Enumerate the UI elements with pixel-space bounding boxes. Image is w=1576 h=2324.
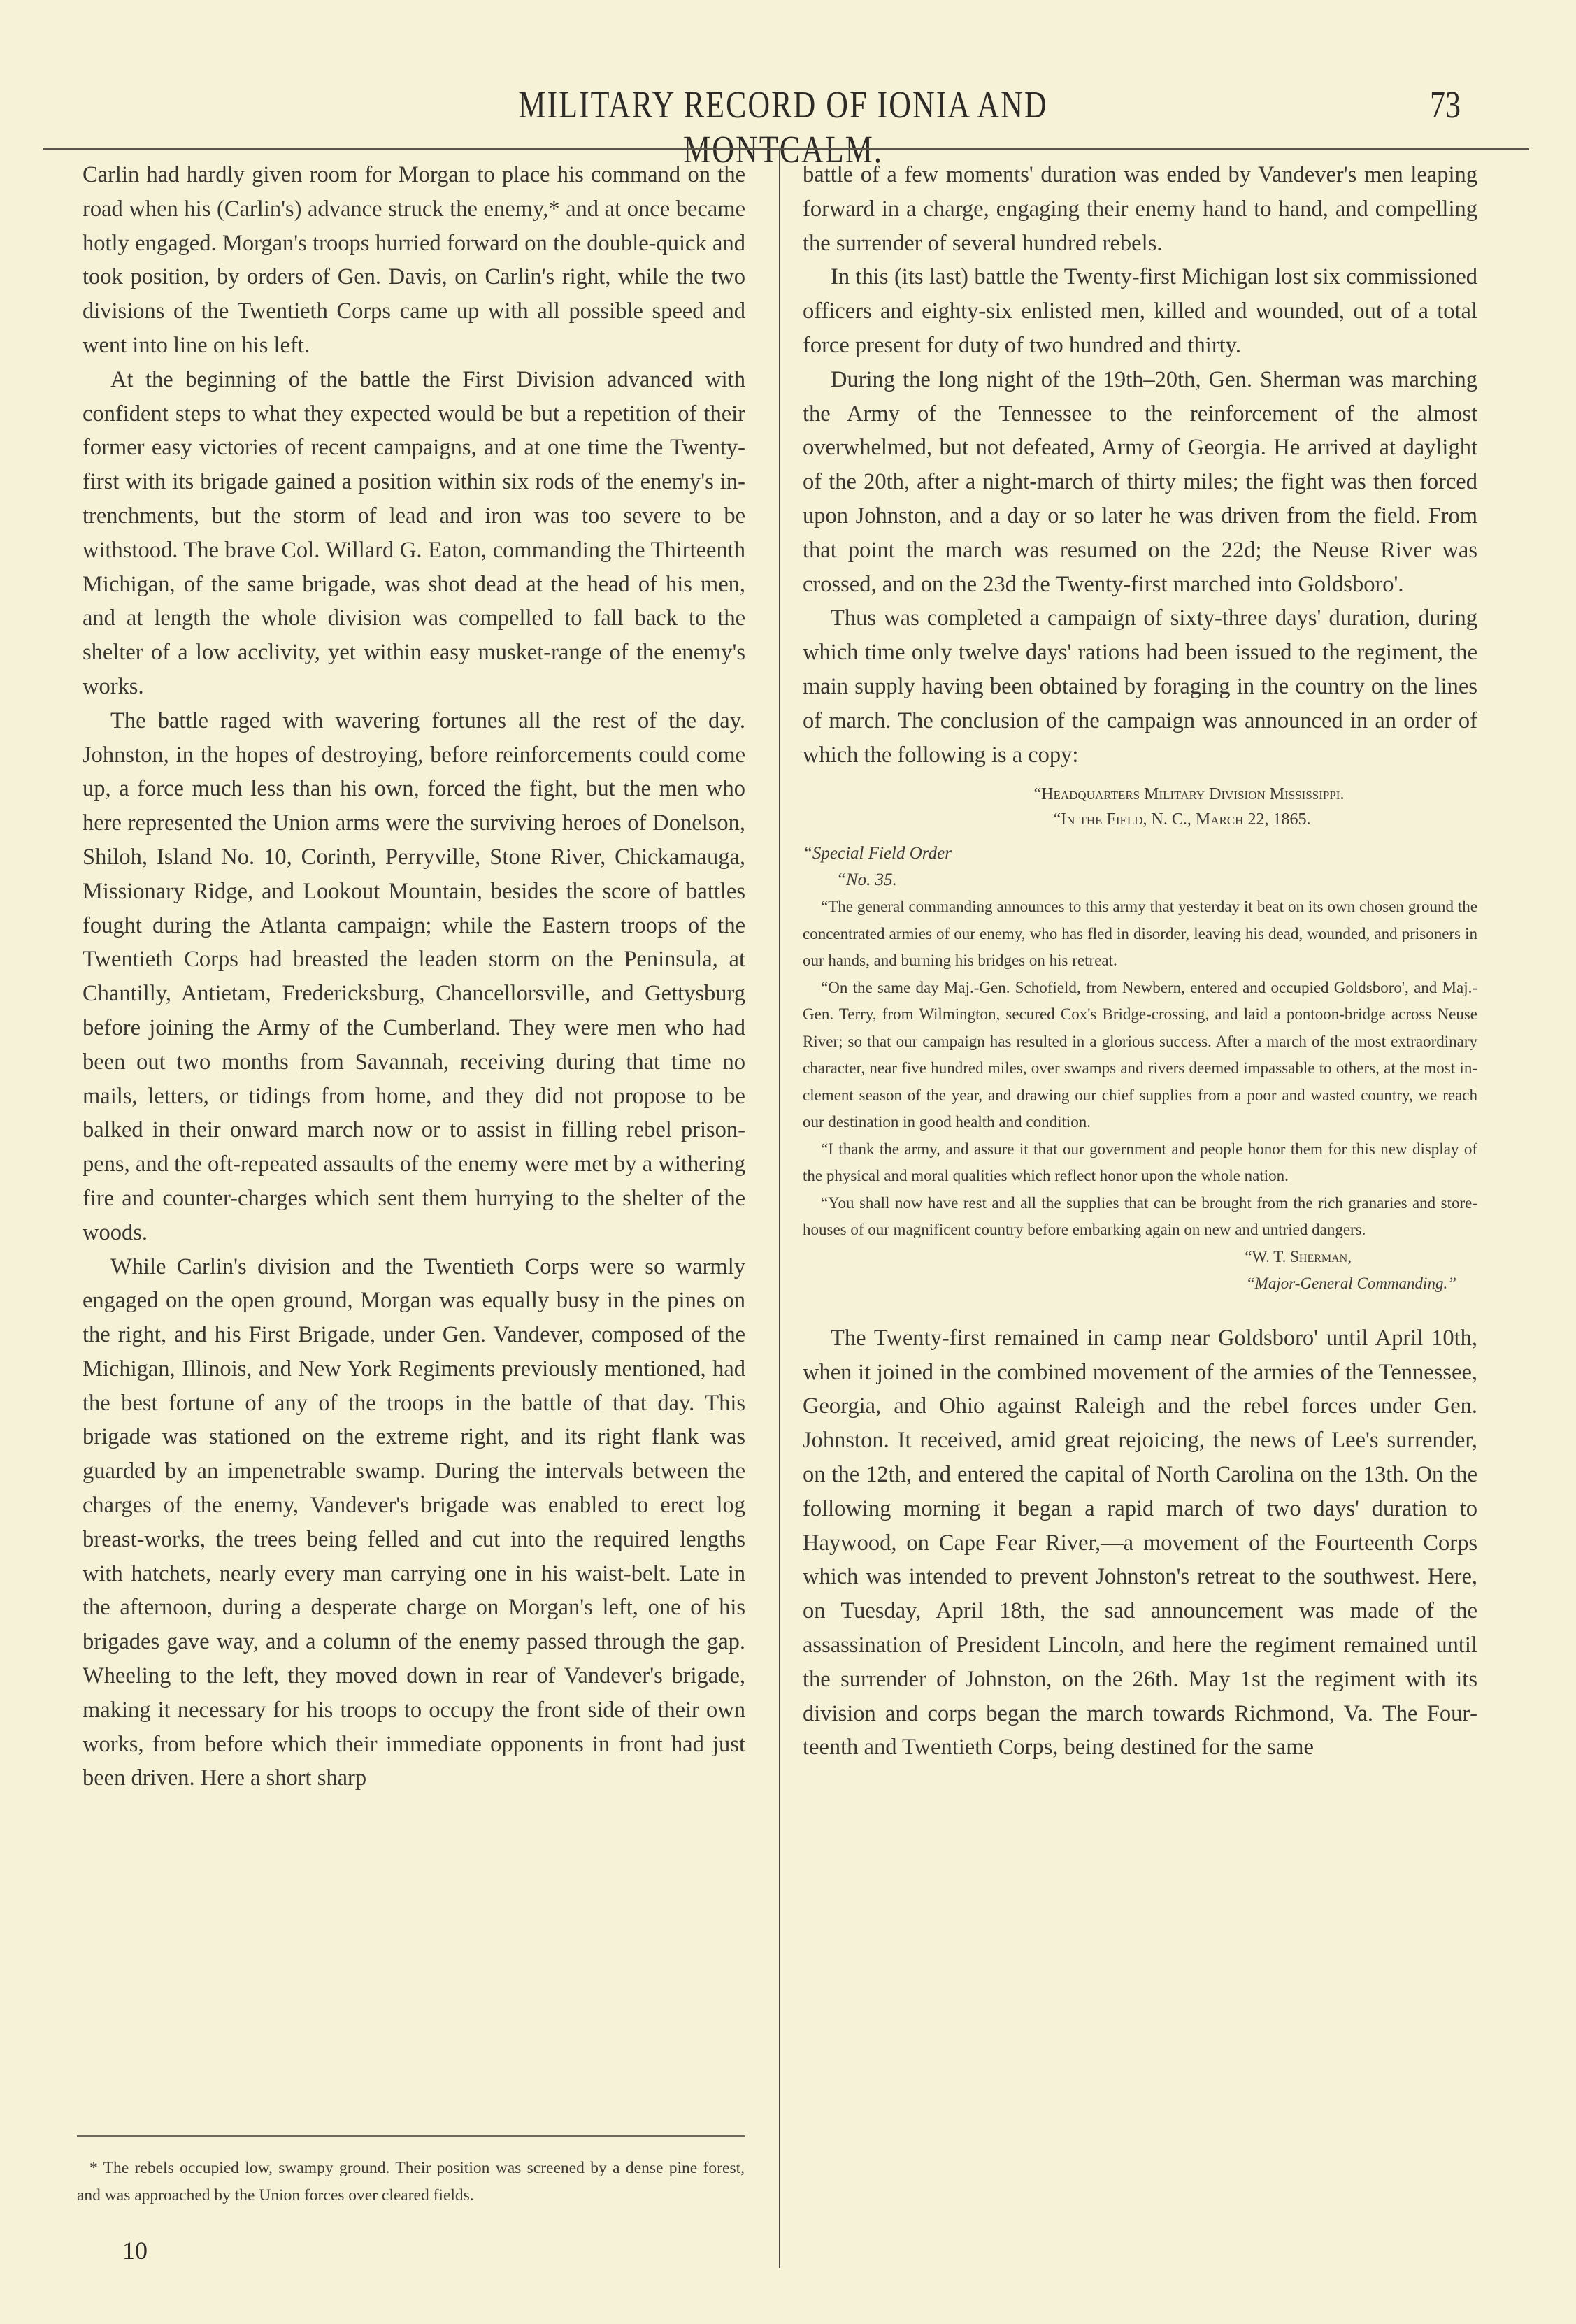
right-column: battle of a few moments' duration was en… [803,158,1477,1765]
order-paragraph: “The general commanding announces to thi… [803,894,1477,975]
order-paragraph: “I thank the army, and assure it that ou… [803,1136,1477,1190]
paragraph: Carlin had hardly given room for Morgan … [83,158,745,363]
left-column: Carlin had hardly given room for Morgan … [83,158,745,1795]
paragraph: During the long night of the 19th–20th, … [803,363,1477,602]
paragraph: In this (its last) battle the Twenty-fir… [803,260,1477,362]
order-paragraph: “You shall now have rest and all the sup… [803,1190,1477,1244]
paragraph: The Twenty-first remained in camp near G… [803,1321,1477,1765]
footnote: * The rebels occupied low, swampy ground… [77,2155,745,2209]
running-head: MILITARY RECORD OF IONIA AND MONTCALM. 7… [0,83,1576,138]
header-rule [43,148,1529,150]
order-location-date: “In the Field, N. C., March 22, 1865. [803,807,1477,832]
order-signatory-rank: “Major-General Commanding.” [803,1270,1477,1298]
paragraph: Thus was completed a campaign of sixty-t… [803,601,1477,772]
paragraph: The battle raged with wavering fortunes … [83,704,745,1250]
footnote-rule [77,2135,745,2137]
order-number: “No. 35. [803,867,1477,894]
order-title: “Special Field Order [803,840,1477,867]
paragraph: At the beginning of the battle the First… [83,363,745,704]
order-paragraph: “On the same day Maj.-Gen. Schofield, fr… [803,975,1477,1136]
special-field-order: “Headquarters Military Division Mississi… [803,782,1477,1298]
column-divider [779,150,780,2268]
page-number: 73 [1430,83,1461,127]
order-headquarters: “Headquarters Military Division Mississi… [803,782,1477,807]
signature-mark: 10 [122,2236,148,2265]
order-signatory: “W. T. Sherman, [803,1244,1477,1271]
paragraph: While Carlin's division and the Twentiet… [83,1250,745,1796]
paragraph: battle of a few moments' duration was en… [803,158,1477,260]
